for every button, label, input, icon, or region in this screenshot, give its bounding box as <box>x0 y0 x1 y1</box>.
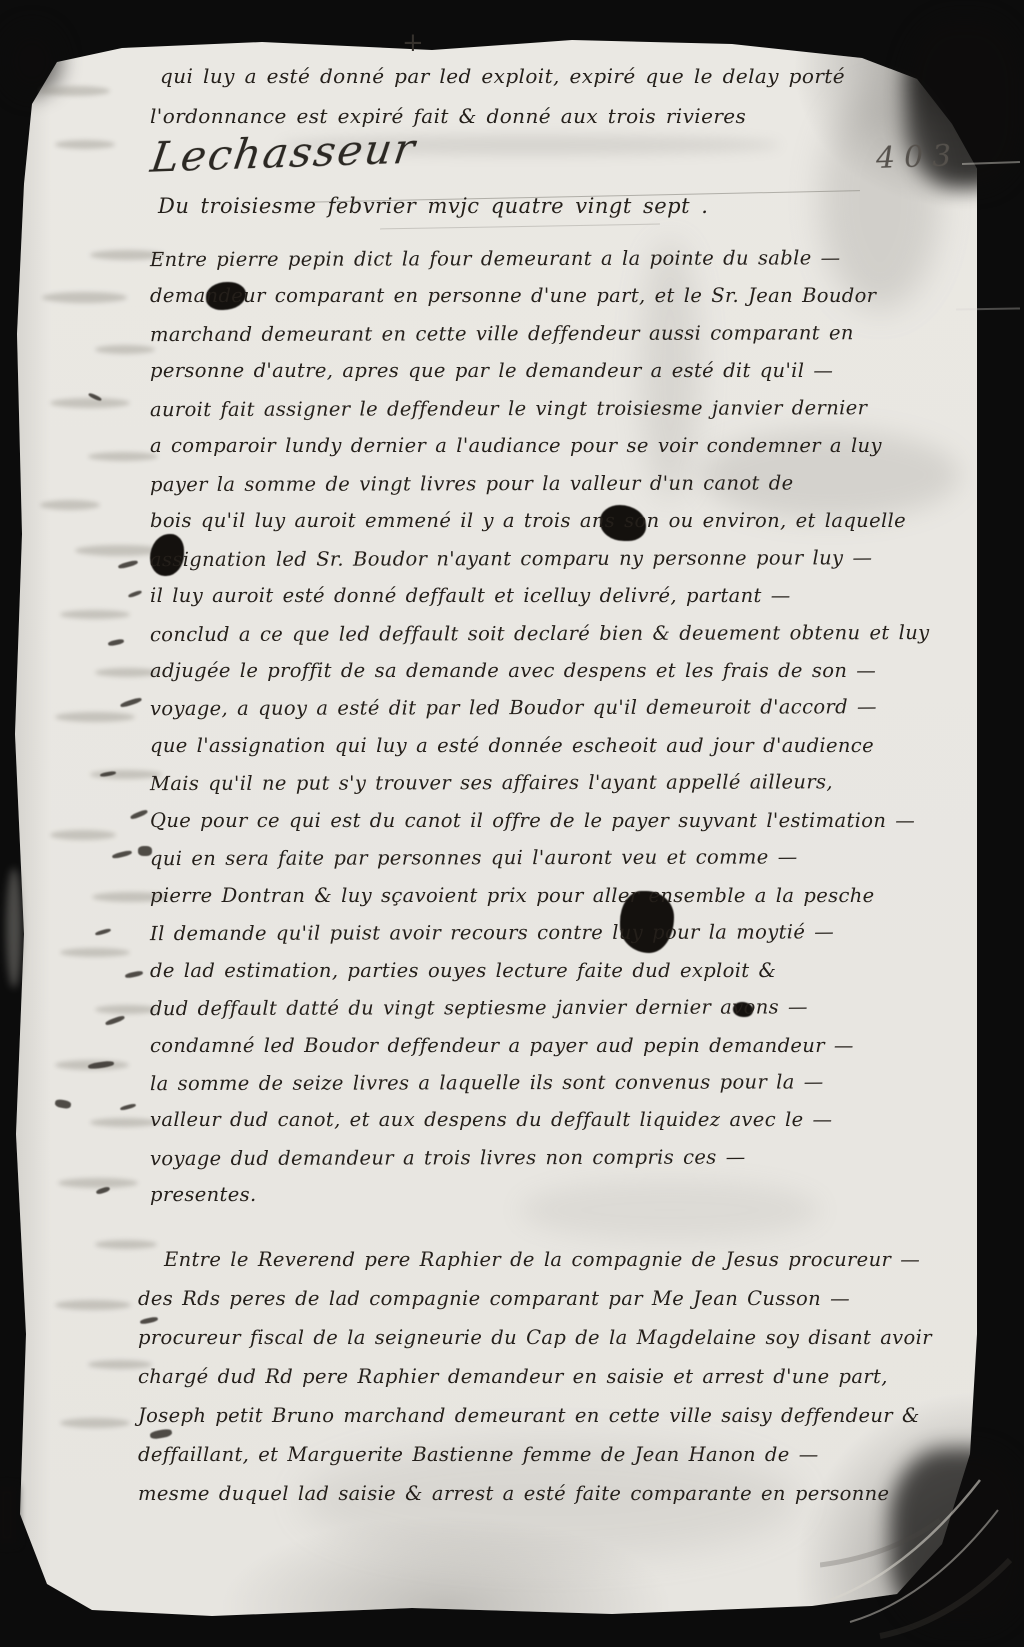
bleedthrough-mark <box>60 948 130 957</box>
bleedthrough-mark <box>55 1300 131 1310</box>
clerk-signature: Lechasseur <box>148 123 420 181</box>
manuscript-line: Il demande qu'il puist avoir recours con… <box>150 913 990 953</box>
manuscript-line: que l'assignation qui luy a esté donnée … <box>150 727 990 764</box>
carryover-line: qui luy a esté donné par led exploit, ex… <box>160 64 845 88</box>
bleedthrough-mark <box>90 1118 158 1127</box>
bleedthrough-mark <box>50 830 116 840</box>
manuscript-line: des Rds peres de lad compagnie comparant… <box>138 1279 998 1318</box>
manuscript-line: Entre le Reverend pere Raphier de la com… <box>138 1240 998 1279</box>
manuscript-line: presentes. <box>150 1176 990 1213</box>
bleedthrough-mark <box>55 140 115 149</box>
bleedthrough-mark <box>40 500 100 510</box>
bleedthrough-mark <box>60 1418 130 1428</box>
bleedthrough-mark <box>42 292 127 303</box>
manuscript-line: dud deffault datté du vingt septiesme ja… <box>150 988 990 1028</box>
manuscript-line: auroit fait assigner le deffendeur le vi… <box>150 389 990 429</box>
bleedthrough-mark <box>55 712 135 722</box>
manuscript-line: payer la somme de vingt livres pour la v… <box>150 464 990 504</box>
page-number: 403 <box>875 139 960 177</box>
manuscript-line: mesme duquel lad saisie & arrest a esté … <box>138 1474 998 1513</box>
manuscript-line: voyage dud demandeur a trois livres non … <box>150 1138 990 1178</box>
edge-notch-bottom-left <box>0 1485 18 1545</box>
manuscript-line: Mais qu'il ne put s'y trouver ses affair… <box>150 763 990 803</box>
bleedthrough-mark <box>95 345 155 354</box>
manuscript-scan: + qui luy a esté donné par led exploit, … <box>0 0 1024 1647</box>
manuscript-line: qui en sera faite par personnes qui l'au… <box>150 838 990 878</box>
manuscript-line: conclud a ce que led deffault soit decla… <box>150 613 990 653</box>
bleedthrough-mark <box>40 86 110 96</box>
manuscript-line: valleur dud canot, et aux despens du def… <box>150 1101 990 1138</box>
manuscript-line: il luy auroit esté donné deffault et ice… <box>150 577 990 614</box>
manuscript-line: marchand demeurant en cette ville deffen… <box>150 314 990 354</box>
corner-shadow-top-left <box>2 26 62 96</box>
manuscript-line: bois qu'il luy auroit emmené il y a troi… <box>150 502 990 539</box>
invocation-cross: + <box>402 28 424 58</box>
court-entry-pere-raphier: Entre le Reverend pere Raphier de la com… <box>138 1240 998 1513</box>
session-date-line: Du troisiesme febvrier mvjc quatre vingt… <box>158 194 708 218</box>
manuscript-line: Entre pierre pepin dict la four demeuran… <box>150 239 990 279</box>
manuscript-line: deffaillant, et Marguerite Bastienne fem… <box>138 1435 998 1474</box>
manuscript-line: procureur fiscal de la seigneurie du Cap… <box>138 1318 998 1357</box>
manuscript-line: de lad estimation, parties ouyes lecture… <box>150 952 990 989</box>
carryover-line: l'ordonnance est expiré fait & donné aux… <box>150 104 746 128</box>
bleedthrough-mark <box>50 398 130 408</box>
manuscript-line: pierre Dontran & luy sçavoient prix pour… <box>150 877 990 914</box>
left-edge-gray-patch <box>6 868 22 988</box>
court-entry-pepin-vs-boudor: Entre pierre pepin dict la four demeuran… <box>150 240 990 1214</box>
manuscript-line: assignation led Sr. Boudor n'ayant compa… <box>150 539 990 579</box>
manuscript-line: personne d'autre, apres que par le deman… <box>150 352 990 389</box>
manuscript-line: demandeur comparant en personne d'une pa… <box>150 277 990 314</box>
manuscript-line: a comparoir lundy dernier a l'audiance p… <box>150 427 990 464</box>
manuscript-line: Que pour ce qui est du canot il offre de… <box>150 802 990 839</box>
bleedthrough-mark <box>58 1178 138 1188</box>
bleedthrough-mark <box>88 452 158 461</box>
bleedthrough-mark <box>60 610 130 619</box>
manuscript-line: adjugée le proffit de sa demande avec de… <box>150 652 990 689</box>
manuscript-line: condamné led Boudor deffendeur a payer a… <box>150 1027 990 1064</box>
manuscript-line: voyage, a quoy a esté dit par led Boudor… <box>150 688 990 728</box>
manuscript-line: Joseph petit Bruno marchand demeurant en… <box>138 1396 998 1435</box>
manuscript-line: chargé dud Rd pere Raphier demandeur en … <box>138 1357 998 1396</box>
manuscript-line: la somme de seize livres a laquelle ils … <box>150 1063 990 1103</box>
